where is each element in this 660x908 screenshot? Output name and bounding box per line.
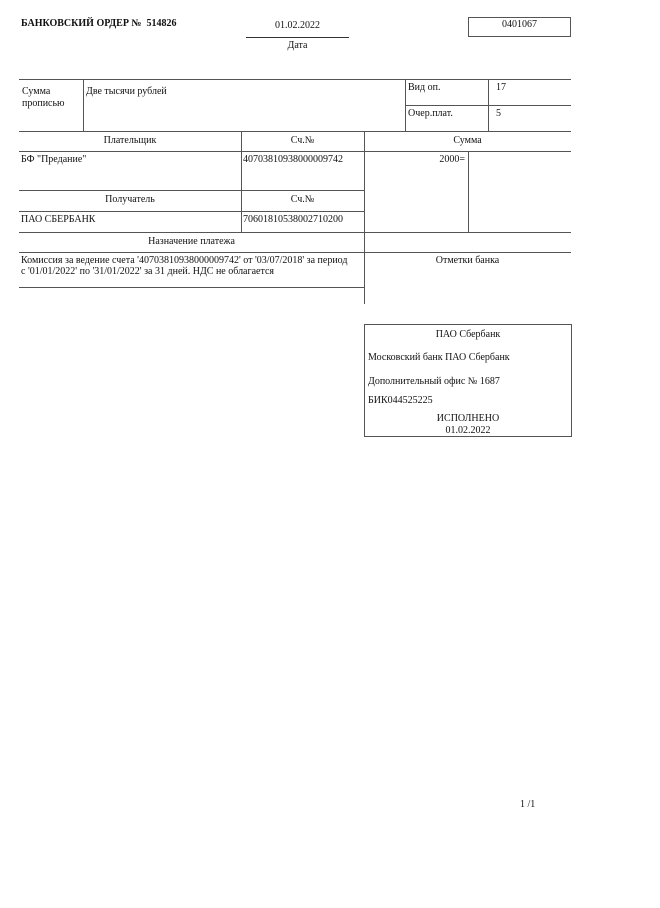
payer-header: Плательщик: [19, 135, 241, 147]
document-title: БАНКОВСКИЙ ОРДЕР № 514826: [21, 18, 176, 30]
grid-line: [19, 252, 571, 253]
amount-words-label-line2: прописью: [22, 98, 65, 110]
purpose-line-2: с '01/01/2022' по '31/01/2022' за 31 дне…: [21, 266, 274, 278]
stamp-branch: Московский банк ПАО Сбербанк: [368, 352, 510, 364]
date-label: Дата: [246, 40, 349, 52]
order-number: 514826: [146, 18, 176, 29]
document-title-text: БАНКОВСКИЙ ОРДЕР №: [21, 18, 141, 29]
amount-header: Сумма: [364, 135, 571, 147]
amount-value: 2000=: [364, 154, 465, 166]
amount-words-value: Две тысячи рублей: [86, 86, 167, 98]
stamp-status: ИСПОЛНЕНО: [365, 413, 571, 425]
grid-line: [19, 131, 571, 132]
grid-line: [468, 151, 469, 232]
bank-stamp: ПАО Сбербанк Московский банк ПАО Сбербан…: [364, 324, 572, 437]
stamp-date: 01.02.2022: [365, 425, 571, 437]
page-number: 1 /1: [520, 799, 535, 811]
form-code: 0401067: [469, 19, 570, 31]
date-underline: [246, 37, 349, 38]
grid-line: [19, 287, 364, 288]
bank-marks-header: Отметки банка: [364, 255, 571, 267]
ocher-plat-label: Очер.плат.: [408, 108, 453, 120]
recipient-header: Получатель: [19, 194, 241, 206]
recipient-account: 70601810538002710200: [243, 214, 343, 226]
recipient-account-header: Сч.№: [241, 194, 364, 206]
amount-words-label-line1: Сумма: [22, 86, 50, 98]
grid-line: [19, 232, 571, 233]
grid-line: [83, 79, 84, 131]
payer-name: БФ "Предание": [21, 154, 86, 166]
grid-line: [19, 190, 364, 191]
vid-op-value: 17: [496, 82, 506, 94]
stamp-bank: ПАО Сбербанк: [365, 329, 571, 341]
stamp-bik: БИК044525225: [368, 395, 433, 407]
stamp-office: Дополнительный офис № 1687: [368, 376, 500, 388]
ocher-plat-value: 5: [496, 108, 501, 120]
grid-line: [488, 79, 489, 131]
grid-line: [405, 79, 406, 131]
grid-line: [19, 211, 364, 212]
recipient-name: ПАО СБЕРБАНК: [21, 214, 95, 226]
purpose-header: Назначение платежа: [19, 236, 364, 248]
vid-op-label: Вид оп.: [408, 82, 440, 94]
form-code-box: 0401067: [468, 17, 571, 37]
order-date: 01.02.2022: [246, 20, 349, 32]
payer-account: 40703810938000009742: [243, 154, 343, 166]
payer-account-header: Сч.№: [241, 135, 364, 147]
grid-line: [19, 151, 571, 152]
